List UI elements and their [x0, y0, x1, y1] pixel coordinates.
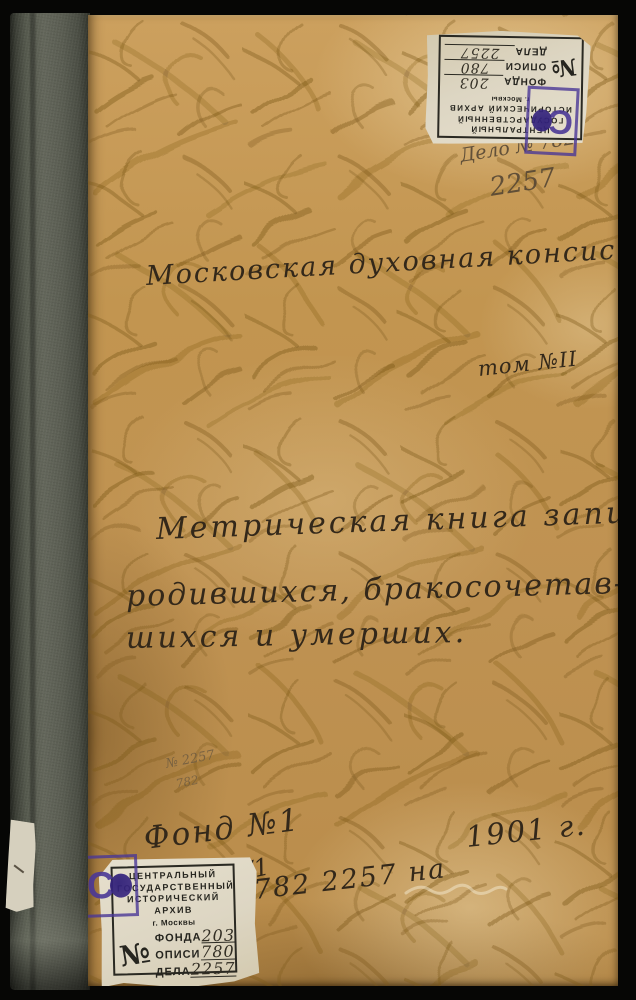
control-stamp-top: С	[524, 86, 579, 157]
spine-foot-wear	[10, 900, 90, 990]
register-title-line3: шихся и умерших.	[126, 615, 468, 656]
label-row-dela: ДЕЛА 2257	[155, 961, 236, 978]
archival-book-scan: Дело № 782 2257 Московская духовная конс…	[0, 0, 636, 1000]
row-value: 780	[444, 59, 505, 73]
row-value: 203	[444, 74, 503, 88]
row-label: ФОНДА	[155, 932, 202, 945]
control-stamp-bottom: С	[88, 854, 139, 918]
row-label: ДЕЛА	[156, 965, 191, 978]
book-cover: Дело № 782 2257 Московская духовная конс…	[88, 15, 618, 986]
number-sign: №	[550, 52, 578, 82]
control-stamp-seal-icon	[110, 873, 133, 898]
label-row-dela: ДЕЛА 2257	[445, 44, 547, 59]
row-label: ДЕЛА	[515, 45, 547, 57]
pencil-mark	[14, 865, 25, 874]
spine-paper-scrap	[5, 820, 36, 913]
row-value: 2257	[190, 961, 236, 977]
label-row-opisi: ОПИСИ 780	[444, 59, 546, 74]
row-value: 2257	[445, 44, 515, 58]
row-label: ФОНДА	[503, 75, 546, 87]
book: Дело № 782 2257 Московская духовная конс…	[10, 13, 618, 990]
number-sign: №	[117, 936, 152, 974]
row-label: ОПИСИ	[505, 60, 547, 72]
